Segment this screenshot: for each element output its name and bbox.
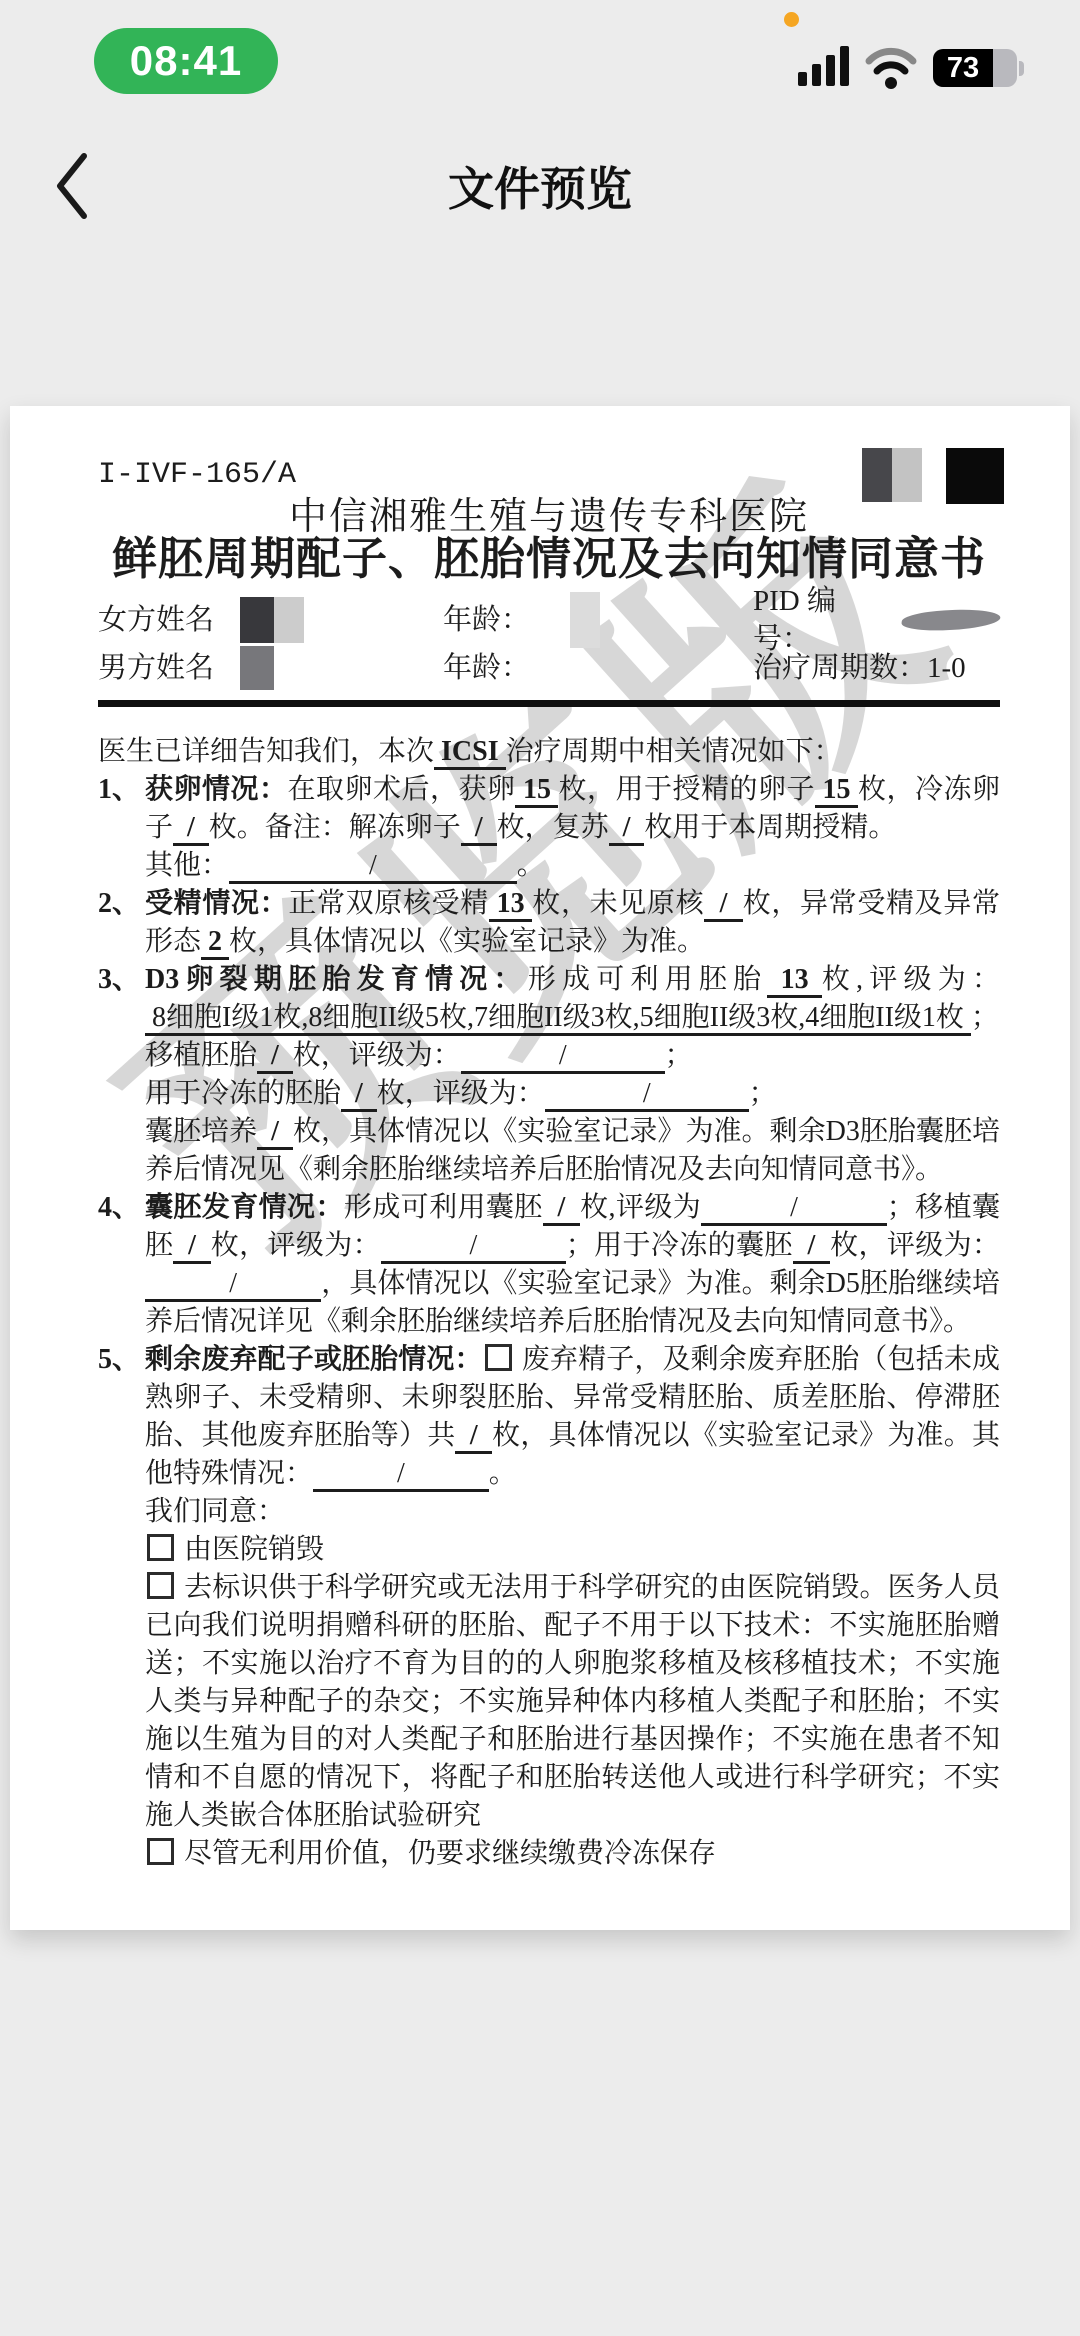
- time-pill[interactable]: 08:41: [94, 28, 278, 94]
- checkbox-icon: [147, 1838, 174, 1865]
- male-name-label: 男方姓名: [98, 649, 214, 687]
- nav-bar: 文件预览: [0, 130, 1080, 242]
- document-title: 鲜胚周期配子、胚胎情况及去向知情同意书: [98, 540, 1000, 578]
- option-destroy-by-hospital: 由医院销毁: [145, 1531, 1000, 1569]
- battery-icon: 73: [933, 46, 1024, 90]
- back-button[interactable]: [40, 144, 104, 228]
- female-name-label: 女方姓名: [98, 601, 214, 639]
- info-row-male: 男方姓名 年龄： 治疗周期数： 1-0: [98, 644, 1000, 692]
- female-name-redaction: [240, 597, 274, 643]
- item-number: 4、: [98, 1189, 140, 1227]
- cycle-count-value: 1-0: [927, 649, 966, 687]
- agree-label: 我们同意：: [145, 1493, 1000, 1531]
- wifi-icon: [865, 46, 917, 90]
- microphone-indicator-dot: [784, 12, 799, 27]
- item-number: 1、: [98, 771, 140, 809]
- checkbox-icon: [147, 1572, 174, 1599]
- male-age-label: 年龄：: [443, 649, 530, 687]
- cellular-signal-icon: [798, 46, 849, 90]
- item-2-fertilization: 2、 受精情况：正常双原核受精 13 枚，未见原核 / 枚，异常受精及异常形态 …: [98, 885, 1000, 961]
- item-number: 2、: [98, 885, 140, 923]
- patient-info-table: 女方姓名 年龄： PID 编 号： 男方姓名: [98, 596, 1000, 692]
- item-3-d3-embryo-development: 3、 D3卵裂期胚胎发育情况：形成可利用胚胎 13 枚,评级为： 8细胞I级1枚…: [98, 961, 1000, 1189]
- option-donate-research: 去标识供于科学研究或无法用于科学研究的由医院销毁。医务人员已向我们说明捐赠科研的…: [145, 1569, 1000, 1835]
- male-name-redaction: [240, 646, 274, 690]
- page-title: 文件预览: [448, 153, 632, 219]
- chevron-left-icon: [52, 150, 92, 222]
- item-number: 5、: [98, 1341, 140, 1379]
- option-continue-frozen-storage: 尽管无利用价值，仍要求继续缴费冷冻保存: [145, 1835, 1000, 1873]
- pid-label: PID 编 号：: [753, 582, 868, 658]
- pid-redaction: [901, 607, 1002, 632]
- item-5-discarded-gametes: 5、 剩余废弃配子或胚胎情况：废弃精子，及剩余废弃胚胎（包括未成熟卵子、未受精卵…: [98, 1341, 1000, 1493]
- item-4-blastocyst-development: 4、 囊胚发育情况：形成可利用囊胚 / 枚,评级为 / ；移植囊胚 / 枚，评级…: [98, 1189, 1000, 1341]
- female-age-redaction: [570, 592, 600, 648]
- section-divider: [98, 700, 1000, 707]
- checkbox-icon: [147, 1534, 174, 1561]
- battery-percent: 73: [933, 49, 993, 87]
- barcode-redaction: [862, 448, 1004, 504]
- item-number: 3、: [98, 961, 140, 999]
- status-bar: 08:41 73: [0, 0, 1080, 130]
- female-name-redaction-2: [274, 597, 304, 643]
- item-1-egg-retrieval: 1、 获卵情况：在取卵术后，获卵 15 枚，用于授精的卵子 15 枚，冷冻卵子 …: [98, 771, 1000, 885]
- document-preview[interactable]: 预览版 I-IVF-165/A 中信湘雅生殖与遗传专科医院 鲜胚周期配子、胚胎情…: [10, 406, 1070, 1930]
- checkbox-icon: [485, 1344, 512, 1371]
- cycle-count-label: 治疗周期数：: [753, 649, 927, 687]
- intro-line: 医生已详细告知我们，本次 ICSI 治疗周期中相关情况如下：: [98, 733, 1000, 771]
- info-row-female: 女方姓名 年龄： PID 编 号：: [98, 596, 1000, 644]
- female-age-label: 年龄：: [443, 601, 530, 639]
